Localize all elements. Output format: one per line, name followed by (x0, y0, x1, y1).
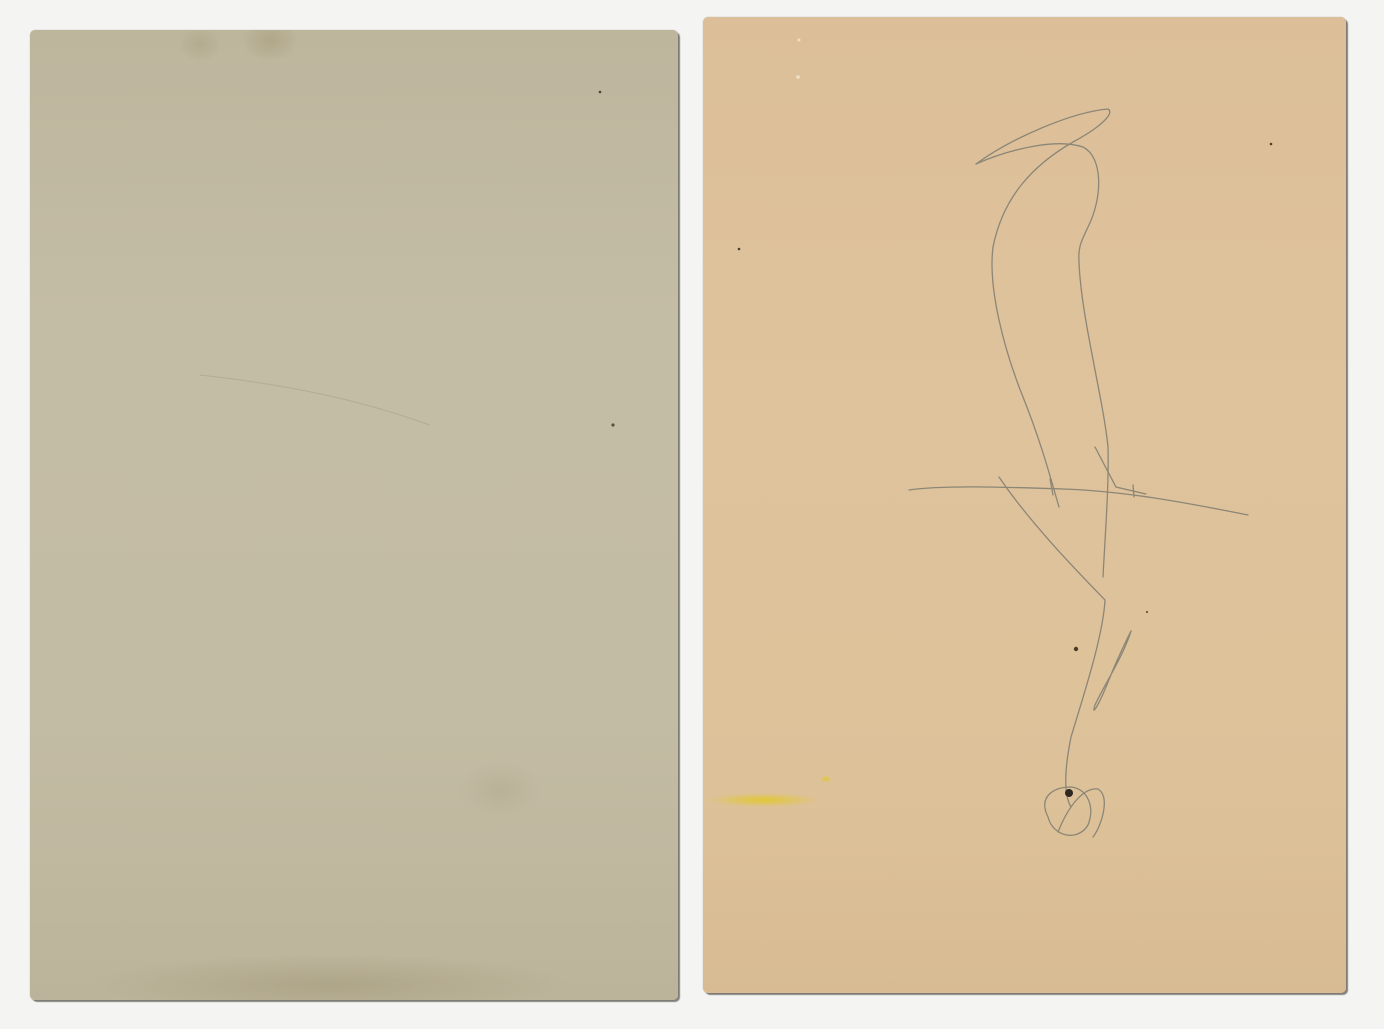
left-card-marks (30, 30, 678, 1000)
card-back-left: Plain grey-green card back (30, 30, 678, 1000)
pencil-scribble (703, 17, 1346, 993)
card-back-right: Buff card back with pencil scribble (703, 17, 1346, 993)
ink-spot (1065, 789, 1073, 797)
